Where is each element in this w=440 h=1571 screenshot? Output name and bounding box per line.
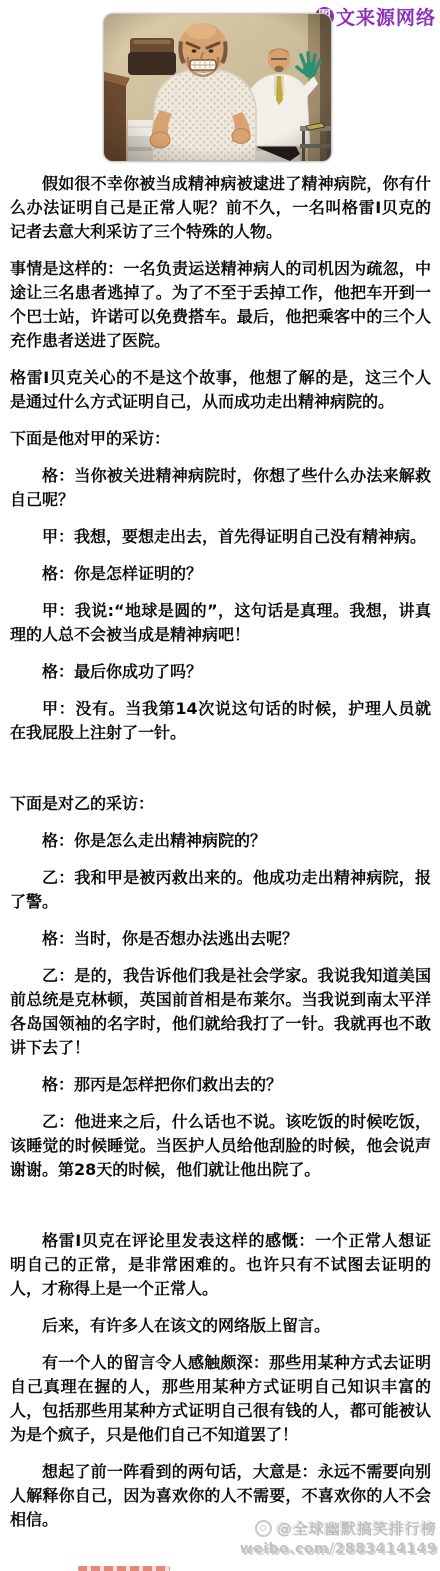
paragraph: 下面是他对甲的采访： — [10, 427, 431, 451]
paragraph: 甲：我想，要想走出去，首先得证明自己没有精神病。 — [10, 525, 431, 549]
cropped-red-text — [78, 1566, 170, 1571]
article-body: 假如很不幸你被当成精神病被逮进了精神病院，你有什么办法证明自己是正常人呢？前不久… — [10, 172, 431, 1545]
paragraph: 格：那丙是怎样把你们救出去的？ — [10, 1073, 431, 1097]
story-photo — [103, 13, 332, 162]
paragraph: 格：当你被关进精神病院时，你想了些什么办法来解救自己呢？ — [10, 464, 431, 512]
paragraph: 甲：我说:“地球是圆的”，这句话是真理。我想，讲真理的人总不会被当成是精神病吧！ — [10, 599, 431, 647]
paragraph: 有一个人的留言令人感触颇深：那些用某种方式去证明自己真理在握的人，那些用某种方式… — [10, 1351, 431, 1447]
source-logo: 图 文来源网络 — [315, 3, 436, 30]
paragraph: 格雷I贝克关心的不是这个故事，他想了解的是，这三个人是通过什么方式证明自己，从而… — [10, 366, 431, 414]
paragraph: 乙：我和甲是被丙救出来的。他成功走出精神病院，报了警。 — [10, 866, 431, 914]
paragraph: 格：你是怎样证明的？ — [10, 562, 431, 586]
paragraph: 事情是这样的：一名负责运送精神病人的司机因为疏忽，中途让三名患者逃掉了。为了不至… — [10, 257, 431, 353]
paragraph: 假如很不幸你被当成精神病被逮进了精神病院，你有什么办法证明自己是正常人呢？前不久… — [10, 172, 431, 244]
paragraph: 乙：他进来之后，什么话也不说。该吃饭的时候吃饭，该睡觉的时候睡觉。当医护人员给他… — [10, 1110, 431, 1182]
paragraph: 格雷I贝克在评论里发表这样的感慨：一个正常人想证明自己的正常，是非常困难的。也许… — [10, 1229, 431, 1301]
paragraph: 格：最后你成功了吗？ — [10, 660, 431, 684]
source-logo-text: 文来源网络 — [336, 3, 436, 30]
paragraph: 乙：是的，我告诉他们我是社会学家。我说我知道美国前总统是克林顿，英国前首相是布莱… — [10, 964, 431, 1060]
photo-vignette — [104, 14, 331, 161]
paragraph: 甲：没有。当我第14次说这句话的时候，护理人员就在我屁股上注射了一针。 — [10, 697, 431, 745]
story-photo-illustration — [104, 14, 331, 161]
weibo-long-image-post: 图 文来源网络 — [0, 0, 440, 1571]
paragraph: 下面是对乙的采访： — [10, 792, 431, 816]
paragraph: 想起了前一阵看到的两句话，大意是：永远不需要向别人解释你自己，因为喜欢你的人不需… — [10, 1460, 431, 1532]
paragraph: 格：你是怎么走出精神病院的？ — [10, 829, 431, 853]
paragraph: 后来，有许多人在该文的网络版上留言。 — [10, 1314, 431, 1338]
paragraph: 格：当时，你是否想办法逃出去呢？ — [10, 927, 431, 951]
